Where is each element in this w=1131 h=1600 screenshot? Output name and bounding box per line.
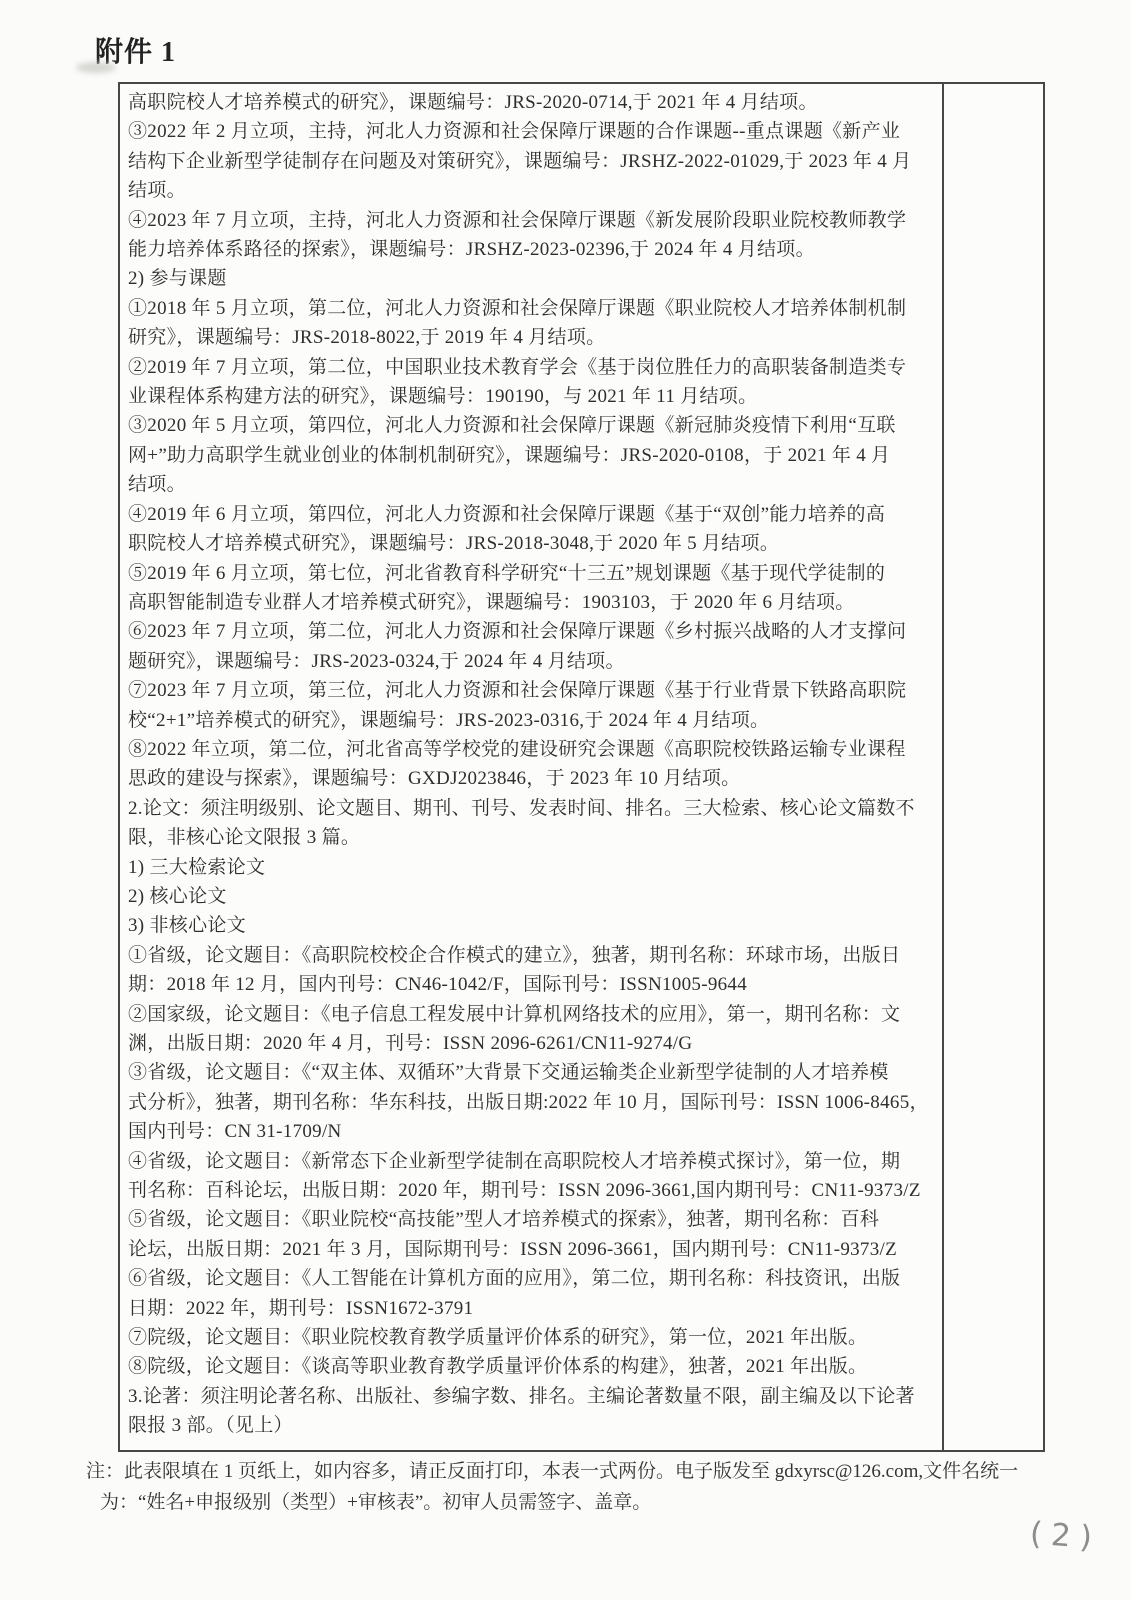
table-text-line: 3.论著：须注明论著名称、出版社、参编字数、排名。主编论著数量不限，副主编及以下…: [128, 1382, 936, 1411]
footer-note: 注：此表限填在 1 页纸上，如内容多，请正反面打印，本表一式两份。电子版发至 g…: [86, 1456, 1061, 1518]
table-text-line: 限报 3 部。（见上）: [128, 1411, 936, 1440]
table-text-line: 刊名称：百科论坛，出版日期：2020 年，期刊号：ISSN 2096-3661,…: [128, 1176, 936, 1205]
table-text-line: 2) 参与课题: [128, 264, 936, 293]
table-text-line: ③2022 年 2 月立项，主持，河北人力资源和社会保障厅课题的合作课题--重点…: [128, 117, 936, 146]
table-text-line: ①省级，论文题目：《高职院校校企合作模式的建立》，独著，期刊名称：环球市场，出版…: [128, 941, 936, 970]
table-text-line: 3) 非核心论文: [128, 911, 936, 940]
table-text-line: 2) 核心论文: [128, 882, 936, 911]
footer-note-line-2: 为：“姓名+申报级别（类型）+审核表”。初审人员需签字、盖章。: [86, 1487, 1061, 1518]
table-text-line: ④2019 年 6 月立项，第四位，河北人力资源和社会保障厅课题《基于“双创”能…: [128, 500, 936, 529]
table-text-line: 研究》，课题编号：JRS-2018-8022,于 2019 年 4 月结项。: [128, 323, 936, 352]
table-text-line: ②2019 年 7 月立项，第二位，中国职业技术教育学会《基于岗位胜任力的高职装…: [128, 353, 936, 382]
table-text-line: ⑤省级，论文题目：《职业院校“高技能”型人才培养模式的探索》，独著，期刊名称：百…: [128, 1205, 936, 1234]
table-text-line: ⑦院级，论文题目：《职业院校教育教学质量评价体系的研究》，第一位，2021 年出…: [128, 1323, 936, 1352]
table-text-line: 期：2018 年 12 月，国内刊号：CN46-1042/F，国际刊号：ISSN…: [128, 970, 936, 999]
table-main-cell: 高职院校人才培养模式的研究》，课题编号：JRS-2020-0714,于 2021…: [120, 84, 942, 1450]
table-text-line: ②国家级，论文题目：《电子信息工程发展中计算机网络技术的应用》，第一，期刊名称：…: [128, 1000, 936, 1029]
table-text-line: 1) 三大检索论文: [128, 853, 936, 882]
table-text-line: ⑧2022 年立项，第二位，河北省高等学校党的建设研究会课题《高职院校铁路运输专…: [128, 735, 936, 764]
table-remarks-column-empty: [942, 84, 1043, 1450]
table-text-line: ⑧院级，论文题目：《谈高等职业教育教学质量评价体系的构建》，独著，2021 年出…: [128, 1352, 936, 1381]
table-text-line: ⑥省级，论文题目：《人工智能在计算机方面的应用》，第二位，期刊名称：科技资讯，出…: [128, 1264, 936, 1293]
table-text-line: ①2018 年 5 月立项，第二位，河北人力资源和社会保障厅课题《职业院校人才培…: [128, 294, 936, 323]
table-text-line: 业课程体系构建方法的研究》，课题编号：190190，与 2021 年 11 月结…: [128, 382, 936, 411]
table-text-line: ⑦2023 年 7 月立项，第三位，河北人力资源和社会保障厅课题《基于行业背景下…: [128, 676, 936, 705]
table-text-line: 渊，出版日期：2020 年 4 月，刊号：ISSN 2096-6261/CN11…: [128, 1029, 936, 1058]
table-text-line: 2.论文：须注明级别、论文题目、期刊、刊号、发表时间、排名。三大检索、核心论文篇…: [128, 794, 936, 823]
scan-artifact-smudge: [76, 62, 116, 73]
table-text-line: ④2023 年 7 月立项，主持，河北人力资源和社会保障厅课题《新发展阶段职业院…: [128, 206, 936, 235]
table-text-line: ⑤2019 年 6 月立项，第七位，河北省教育科学研究“十三五”规划课题《基于现…: [128, 559, 936, 588]
table-text-line: 日期：2022 年，期刊号：ISSN1672-3791: [128, 1294, 936, 1323]
table-text-line: 网+”助力高职学生就业创业的体制机制研究》，课题编号：JRS-2020-0108…: [128, 441, 936, 470]
review-form-table: 高职院校人才培养模式的研究》，课题编号：JRS-2020-0714,于 2021…: [118, 82, 1045, 1452]
table-text-line: 校“2+1”培养模式的研究》，课题编号：JRS-2023-0316,于 2024…: [128, 706, 936, 735]
table-text-line: ④省级，论文题目：《新常态下企业新型学徒制在高职院校人才培养模式探讨》，第一位，…: [128, 1147, 936, 1176]
table-text-line: 职院校人才培养模式研究》，课题编号：JRS-2018-3048,于 2020 年…: [128, 529, 936, 558]
table-text-line: 限，非核心论文限报 3 篇。: [128, 823, 936, 852]
table-text-line: 高职院校人才培养模式的研究》，课题编号：JRS-2020-0714,于 2021…: [128, 88, 936, 117]
table-text-line: 式分析》，独著，期刊名称：华东科技，出版日期:2022 年 10 月，国际刊号：…: [128, 1088, 936, 1117]
scanned-document-page: 附件 1 高职院校人才培养模式的研究》，课题编号：JRS-2020-0714,于…: [0, 0, 1131, 1600]
table-text-line: 题研究》，课题编号：JRS-2023-0324,于 2024 年 4 月结项。: [128, 647, 936, 676]
table-text-line: 能力培养体系路径的探索》，课题编号：JRSHZ-2023-02396,于 202…: [128, 235, 936, 264]
table-text-line: 结项。: [128, 176, 936, 205]
table-text-line: 结构下企业新型学徒制存在问题及对策研究》，课题编号：JRSHZ-2022-010…: [128, 147, 936, 176]
table-text-line: 高职智能制造专业群人才培养模式研究》，课题编号：1903103，于 2020 年…: [128, 588, 936, 617]
handwritten-page-number: (2): [1029, 1516, 1102, 1557]
footer-note-line-1: 注：此表限填在 1 页纸上，如内容多，请正反面打印，本表一式两份。电子版发至 g…: [86, 1456, 1061, 1487]
table-text-line: 结项。: [128, 470, 936, 499]
table-text-line: 思政的建设与探索》，课题编号：GXDJ2023846，于 2023 年 10 月…: [128, 764, 936, 793]
table-text-line: ③2020 年 5 月立项，第四位，河北人力资源和社会保障厅课题《新冠肺炎疫情下…: [128, 411, 936, 440]
table-text-line: ⑥2023 年 7 月立项，第二位，河北人力资源和社会保障厅课题《乡村振兴战略的…: [128, 617, 936, 646]
table-text-line: ③省级，论文题目：《“双主体、双循环”大背景下交通运输类企业新型学徒制的人才培养…: [128, 1058, 936, 1087]
table-text-line: 论坛，出版日期：2021 年 3 月，国际期刊号：ISSN 2096-3661，…: [128, 1235, 936, 1264]
table-text-line: 国内刊号：CN 31-1709/N: [128, 1117, 936, 1146]
